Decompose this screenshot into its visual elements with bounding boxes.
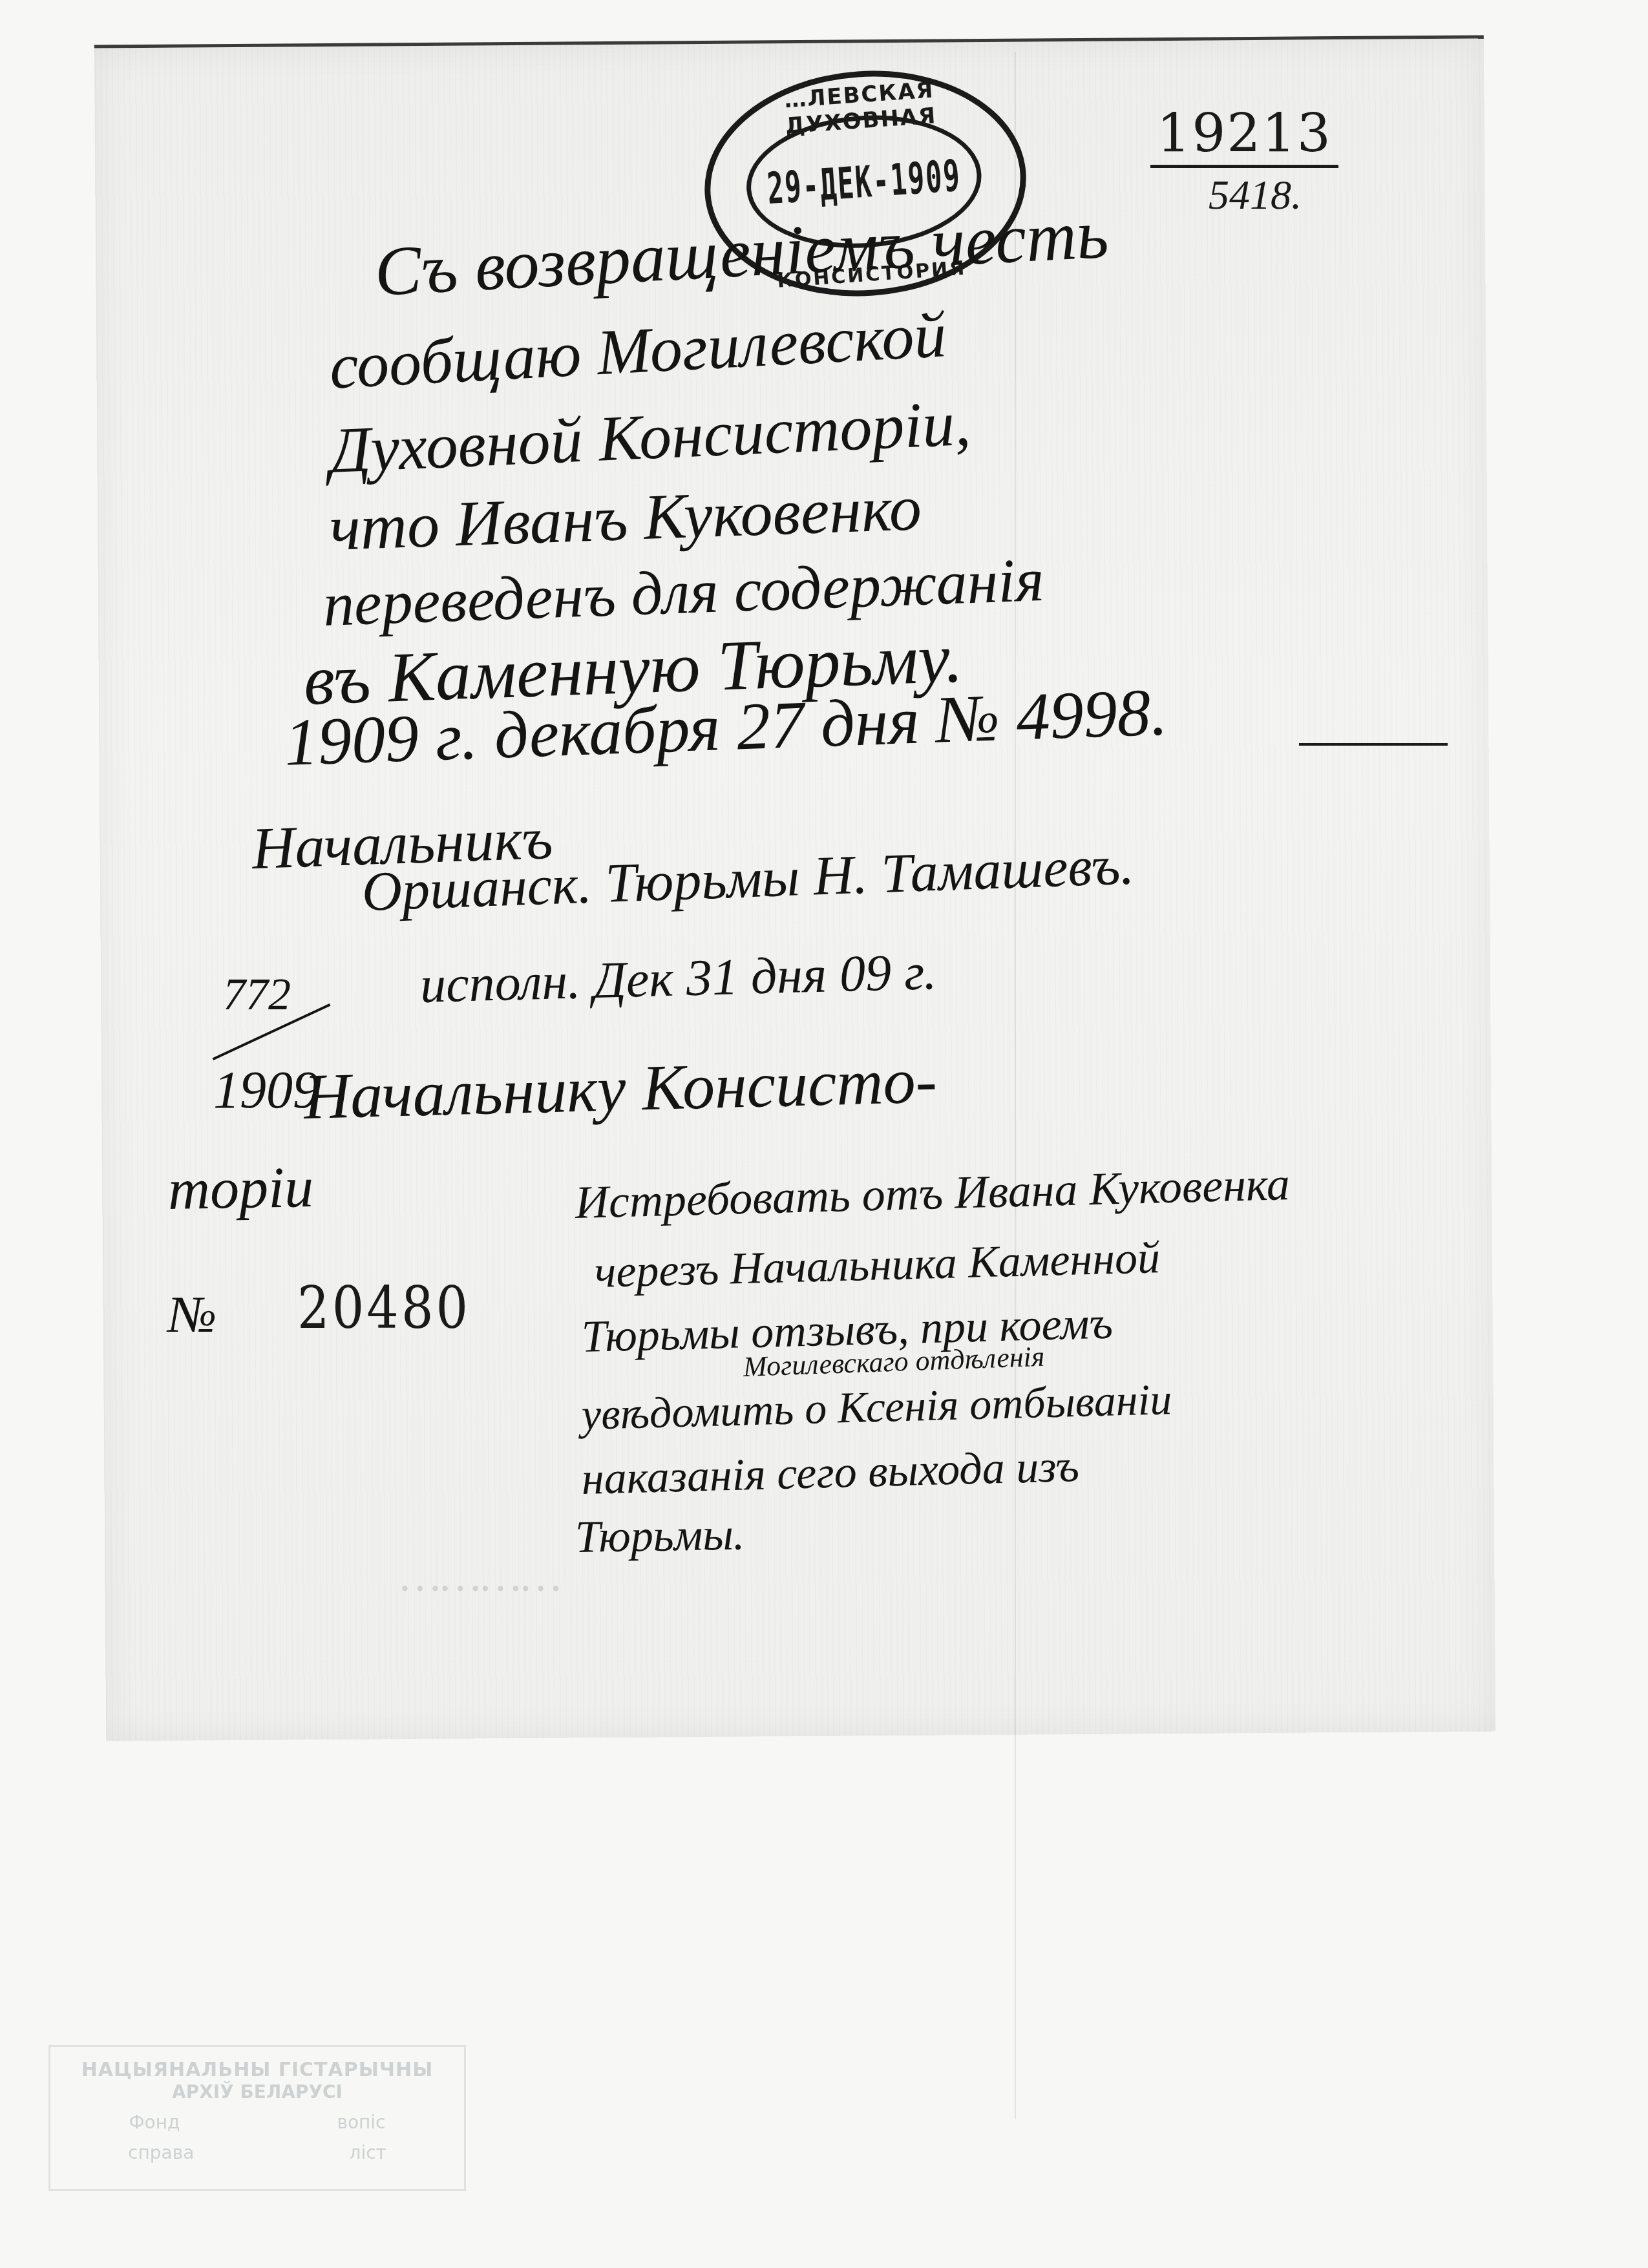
date-underline	[1299, 743, 1448, 746]
bleed-through-text: …………	[401, 1551, 562, 1602]
file-number: 772	[223, 969, 291, 1021]
fond-label: Фонд	[129, 2112, 180, 2133]
archive-title: НАЦЫЯНАЛЬНЫ ГІСТАРЫЧНЫ	[50, 2059, 464, 2081]
registration-sub-number: 5418.	[1209, 171, 1302, 219]
outgoing-number: 20480	[297, 1275, 470, 1342]
opis-label: вопіс	[337, 2112, 385, 2133]
registration-number: 19213	[1150, 103, 1338, 168]
resolution-line: Тюрьмы.	[575, 1509, 745, 1564]
archive-row-fond: Фонд вопіс	[50, 2112, 464, 2133]
fold-line	[1015, 52, 1016, 2119]
archive-row-delo: справа ліст	[50, 2142, 464, 2163]
number-sign: №	[168, 1286, 217, 1345]
archive-stamp: НАЦЫЯНАЛЬНЫ ГІСТАРЫЧНЫ АРХІЎ БЕЛАРУСІ Фо…	[48, 2045, 466, 2191]
resolution-heading-cont: торіи	[167, 1154, 314, 1223]
list-label: ліст	[350, 2142, 386, 2163]
archive-subtitle: АРХІЎ БЕЛАРУСІ	[50, 2081, 464, 2103]
delo-label: справа	[128, 2142, 194, 2163]
